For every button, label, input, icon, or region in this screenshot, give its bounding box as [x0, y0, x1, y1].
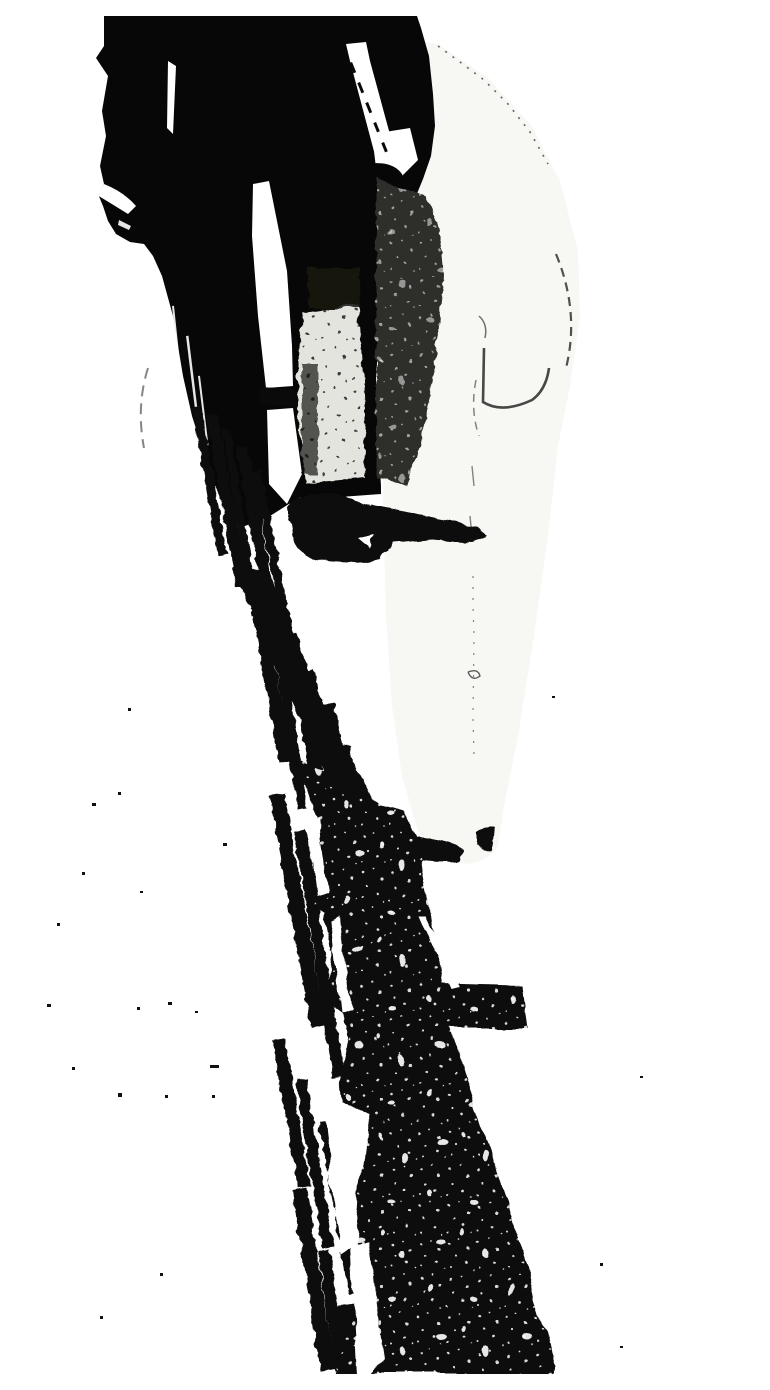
forward-leg-highlight — [298, 268, 366, 484]
monochrome-photo — [40, 16, 770, 1374]
photo-canvas — [40, 16, 770, 1374]
